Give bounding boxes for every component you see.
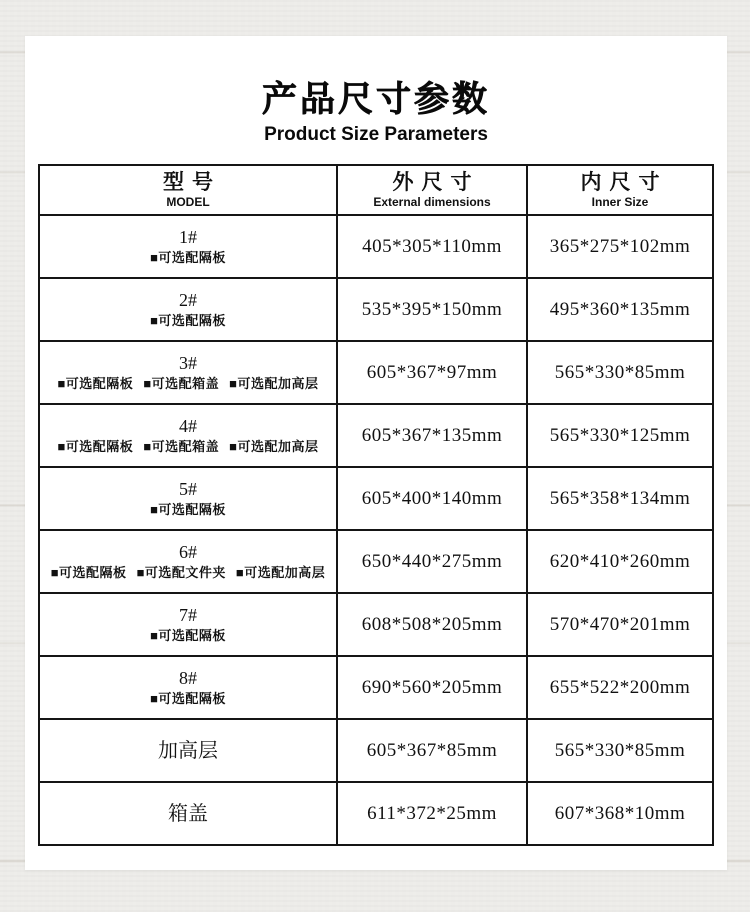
inner-size-value: 620*410*260mm — [527, 530, 713, 593]
model-cell: 箱盖 — [39, 782, 337, 845]
spec-table: 型号 MODEL 外尺寸 External dimensions 内尺寸 Inn… — [38, 164, 714, 846]
external-size-value: 690*560*205mm — [337, 656, 527, 719]
column-header-model-en: MODEL — [40, 195, 336, 209]
inner-size-value: 565*330*85mm — [527, 341, 713, 404]
table-row: 8# ■可选配隔板 690*560*205mm 655*522*200mm — [39, 656, 713, 719]
column-header-inner-en: Inner Size — [528, 195, 712, 209]
model-options: ■可选配隔板 — [40, 312, 336, 329]
model-cell: 4# ■可选配隔板■可选配箱盖■可选配加高层 — [39, 404, 337, 467]
option-label: ■可选配箱盖 — [143, 375, 219, 392]
option-label: ■可选配隔板 — [150, 627, 226, 644]
external-size-value: 605*367*135mm — [337, 404, 527, 467]
model-label: 3# — [40, 353, 336, 374]
model-options: ■可选配隔板■可选配箱盖■可选配加高层 — [40, 438, 336, 455]
external-size-value: 605*367*97mm — [337, 341, 527, 404]
model-label: 箱盖 — [40, 802, 336, 826]
model-cell: 3# ■可选配隔板■可选配箱盖■可选配加高层 — [39, 341, 337, 404]
model-cell: 5# ■可选配隔板 — [39, 467, 337, 530]
model-options: ■可选配隔板 — [40, 249, 336, 266]
external-size-value: 405*305*110mm — [337, 215, 527, 278]
option-label: ■可选配隔板 — [150, 249, 226, 266]
table-row: 1# ■可选配隔板 405*305*110mm 365*275*102mm — [39, 215, 713, 278]
inner-size-value: 655*522*200mm — [527, 656, 713, 719]
model-label: 4# — [40, 416, 336, 437]
external-size-value: 650*440*275mm — [337, 530, 527, 593]
external-size-value: 608*508*205mm — [337, 593, 527, 656]
inner-size-value: 495*360*135mm — [527, 278, 713, 341]
inner-size-value: 565*358*134mm — [527, 467, 713, 530]
table-row: 2# ■可选配隔板 535*395*150mm 495*360*135mm — [39, 278, 713, 341]
model-label: 8# — [40, 668, 336, 689]
product-size-page: { "page": { "title": "产品尺寸参数", "subtitle… — [0, 0, 750, 912]
inner-size-value: 570*470*201mm — [527, 593, 713, 656]
table-row: 加高层 605*367*85mm 565*330*85mm — [39, 719, 713, 782]
option-label: ■可选配文件夹 — [137, 564, 226, 581]
column-header-external-en: External dimensions — [338, 195, 526, 209]
page-title: 产品尺寸参数 — [25, 80, 727, 120]
model-cell: 7# ■可选配隔板 — [39, 593, 337, 656]
option-label: ■可选配加高层 — [229, 438, 318, 455]
column-header-external-zh: 外尺寸 — [338, 171, 526, 195]
model-options: ■可选配隔板 — [40, 627, 336, 644]
model-cell: 2# ■可选配隔板 — [39, 278, 337, 341]
external-size-value: 605*367*85mm — [337, 719, 527, 782]
page-subtitle: Product Size Parameters — [25, 124, 727, 146]
external-size-value: 611*372*25mm — [337, 782, 527, 845]
spec-card: 产品尺寸参数 Product Size Parameters 型号 MODEL … — [25, 36, 727, 870]
option-label: ■可选配隔板 — [150, 690, 226, 707]
model-label: 加高层 — [40, 739, 336, 763]
model-options: ■可选配隔板 — [40, 501, 336, 518]
option-label: ■可选配加高层 — [236, 564, 325, 581]
option-label: ■可选配加高层 — [229, 375, 318, 392]
model-options: ■可选配隔板 — [40, 690, 336, 707]
model-label: 1# — [40, 227, 336, 248]
inner-size-value: 365*275*102mm — [527, 215, 713, 278]
inner-size-value: 565*330*85mm — [527, 719, 713, 782]
option-label: ■可选配隔板 — [57, 438, 133, 455]
external-size-value: 535*395*150mm — [337, 278, 527, 341]
option-label: ■可选配隔板 — [51, 564, 127, 581]
model-label: 5# — [40, 479, 336, 500]
option-label: ■可选配隔板 — [150, 501, 226, 518]
external-size-value: 605*400*140mm — [337, 467, 527, 530]
column-header-inner: 内尺寸 Inner Size — [527, 165, 713, 215]
model-cell: 加高层 — [39, 719, 337, 782]
model-cell: 6# ■可选配隔板■可选配文件夹■可选配加高层 — [39, 530, 337, 593]
column-header-inner-zh: 内尺寸 — [528, 171, 712, 195]
model-options: ■可选配隔板■可选配文件夹■可选配加高层 — [40, 564, 336, 581]
table-row: 7# ■可选配隔板 608*508*205mm 570*470*201mm — [39, 593, 713, 656]
model-cell: 8# ■可选配隔板 — [39, 656, 337, 719]
table-body: 1# ■可选配隔板 405*305*110mm 365*275*102mm 2#… — [39, 215, 713, 845]
table-row: 4# ■可选配隔板■可选配箱盖■可选配加高层 605*367*135mm 565… — [39, 404, 713, 467]
option-label: ■可选配箱盖 — [143, 438, 219, 455]
model-label: 7# — [40, 605, 336, 626]
table-header-row: 型号 MODEL 外尺寸 External dimensions 内尺寸 Inn… — [39, 165, 713, 215]
column-header-external: 外尺寸 External dimensions — [337, 165, 527, 215]
option-label: ■可选配隔板 — [150, 312, 226, 329]
table-row: 5# ■可选配隔板 605*400*140mm 565*358*134mm — [39, 467, 713, 530]
inner-size-value: 565*330*125mm — [527, 404, 713, 467]
model-options: ■可选配隔板■可选配箱盖■可选配加高层 — [40, 375, 336, 392]
column-header-model-zh: 型号 — [40, 171, 336, 195]
inner-size-value: 607*368*10mm — [527, 782, 713, 845]
table-row: 6# ■可选配隔板■可选配文件夹■可选配加高层 650*440*275mm 62… — [39, 530, 713, 593]
column-header-model: 型号 MODEL — [39, 165, 337, 215]
option-label: ■可选配隔板 — [57, 375, 133, 392]
table-row: 3# ■可选配隔板■可选配箱盖■可选配加高层 605*367*97mm 565*… — [39, 341, 713, 404]
model-label: 2# — [40, 290, 336, 311]
table-row: 箱盖 611*372*25mm 607*368*10mm — [39, 782, 713, 845]
model-cell: 1# ■可选配隔板 — [39, 215, 337, 278]
model-label: 6# — [40, 542, 336, 563]
